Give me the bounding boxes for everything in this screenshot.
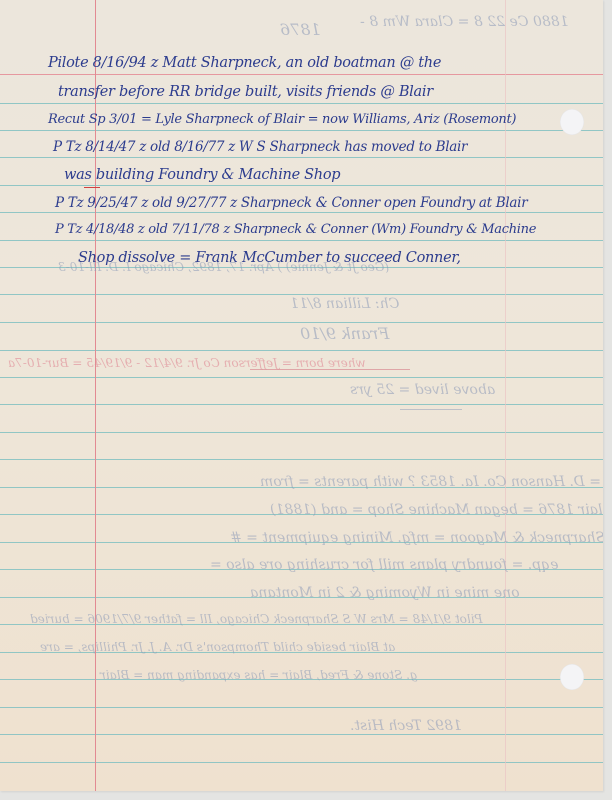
- scanned-page: 1880 Ce 22 8 = Clara Wm 8 - 1876 (Geo Jt…: [0, 0, 612, 800]
- bleed-through-text: g. Stone & Fred, Blair = has expanding m…: [100, 668, 418, 682]
- ruled-line: [0, 459, 603, 460]
- bleed-through-text: 1876: [280, 20, 321, 39]
- ruled-line: [0, 185, 603, 186]
- ruled-paper-sheet: 1880 Ce 22 8 = Clara Wm 8 - 1876 (Geo Jt…: [0, 0, 603, 791]
- bleed-through-text: at Blair beside child Thompson's Dr. A. …: [40, 640, 395, 654]
- strikethrough-mark: [250, 369, 410, 370]
- ruled-line: [0, 294, 603, 295]
- bleed-through-text: Pilot 9/1/48 = Mrs W S Sharpneck Chicago…: [30, 612, 483, 626]
- handwritten-line-1: Pilote 8/16/94 z Matt Sharpneck, an old …: [48, 55, 441, 71]
- ruled-line: [0, 707, 603, 708]
- handwritten-line-6: P Tz 9/25/47 z old 9/27/77 z Sharpneck &…: [55, 195, 527, 211]
- handwritten-line-2: transfer before RR bridge built, visits …: [58, 84, 433, 100]
- ruled-line: [0, 377, 603, 378]
- punch-hole-bottom: [560, 664, 584, 690]
- handwritten-line-5: was building Foundry & Machine Shop: [64, 167, 340, 183]
- bleed-through-text: to Blair 1876 = began Machine Shop = and…: [270, 502, 603, 518]
- bleed-through-text: one mine in Wyoming & 2 in Montana: [250, 585, 520, 601]
- ruled-line: [0, 404, 603, 405]
- bleed-through-text: Sharpneck & Magoon = mfg. Mining equipme…: [230, 530, 603, 546]
- ruled-line: [0, 212, 603, 213]
- ruled-line: [0, 322, 603, 323]
- red-underline-mark: [84, 187, 100, 188]
- handwritten-line-3: Recut Sp 3/01 = Lyle Sharpneck of Blair …: [48, 112, 516, 127]
- ruled-line: [0, 350, 603, 351]
- bleed-through-text: eqp. = foundry plans mill for crushing o…: [210, 557, 558, 573]
- ruled-line: [0, 762, 603, 763]
- bleed-through-text: Ch: Lillian 8/11: [290, 296, 399, 312]
- bleed-through-text-red: where born = Jefferson Co Jr. 9/4/12 - 9…: [8, 356, 366, 370]
- punch-hole-top: [560, 109, 584, 135]
- ruled-line: [0, 734, 603, 735]
- handwritten-line-8: Shop dissolve = Frank McCumber to succee…: [78, 250, 461, 266]
- bleed-through-text: above lived = 25 yrs: [350, 382, 495, 398]
- bleed-through-text: Frank 9/10: [300, 324, 389, 343]
- handwritten-line-4: P Tz 8/14/47 z old 8/16/77 z W S Sharpne…: [53, 139, 467, 155]
- ruled-line: [0, 103, 603, 104]
- ruled-line: [0, 157, 603, 158]
- ruled-line: [0, 240, 603, 241]
- bleed-through-text: C.L.S = D. Hanson Co. Ia. 1853 ? with pa…: [260, 474, 603, 490]
- bleed-through-text: 1892 Tech Hist.: [350, 718, 462, 734]
- ruled-line: [0, 130, 603, 131]
- header-rule: [0, 74, 603, 75]
- handwritten-line-7: P Tz 4/18/48 z old 7/11/78 z Sharpneck &…: [55, 222, 536, 237]
- ruled-line: [0, 432, 603, 433]
- bleed-through-text: 1880 Ce 22 8 = Clara Wm 8 -: [360, 14, 569, 30]
- bleed-through-underline: [400, 409, 462, 410]
